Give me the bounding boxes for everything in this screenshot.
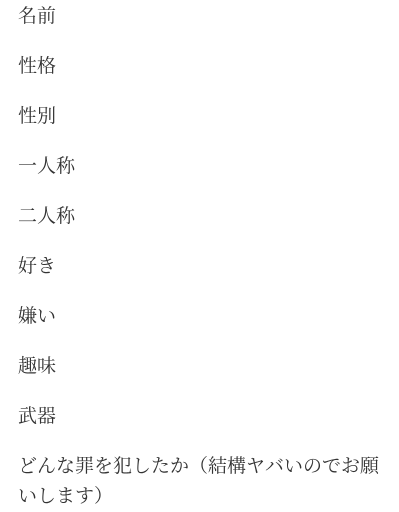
field-label-gender: 性別: [18, 102, 381, 132]
field-label-dislikes: 嫌い: [18, 302, 381, 332]
field-label-personality: 性格: [18, 52, 381, 82]
field-label-name: 名前: [18, 2, 381, 32]
field-label-weapon: 武器: [18, 402, 381, 432]
form-label-list: 名前 性格 性別 一人称 二人称 好き 嫌い 趣味 武器 どんな罪を犯したか（結…: [0, 0, 399, 512]
field-label-hobby: 趣味: [18, 352, 381, 382]
field-label-crime-committed: どんな罪を犯したか（結構ヤバいのでお願いします）: [18, 452, 381, 512]
field-label-first-person-pronoun: 一人称: [18, 152, 381, 182]
field-label-likes: 好き: [18, 252, 381, 282]
field-label-second-person-pronoun: 二人称: [18, 202, 381, 232]
